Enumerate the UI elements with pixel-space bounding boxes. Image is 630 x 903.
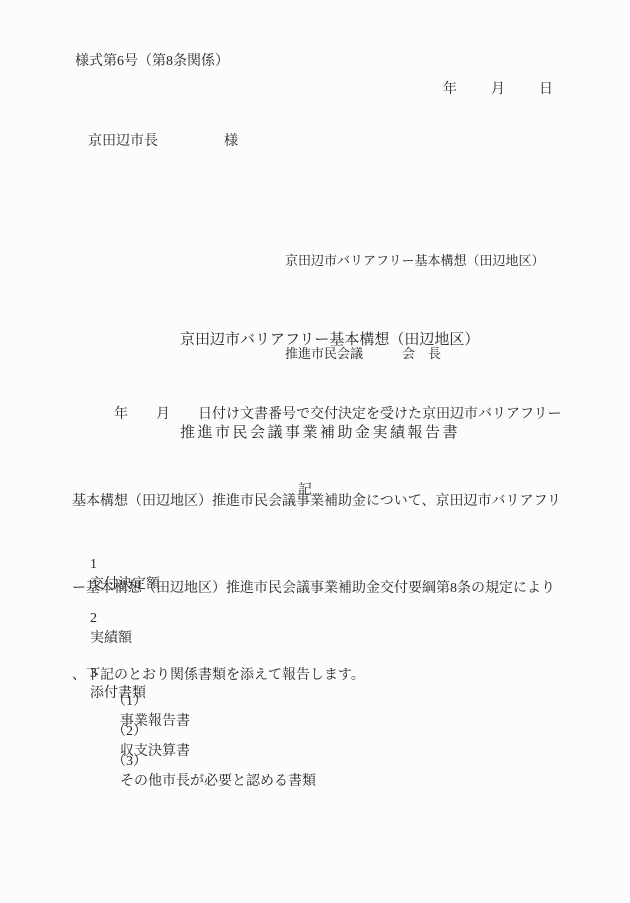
- list-item-number: 1: [90, 555, 117, 575]
- addressee-line: 京田辺市長 様: [88, 132, 238, 152]
- addressee-honorific: 様: [224, 132, 238, 152]
- addressee-name: 京田辺市長: [88, 132, 158, 152]
- date-line: 年 月 日: [443, 80, 555, 100]
- document-page: 様式第6号（第8条関係） 年 月 日 京田辺市長 様 京田辺市バリアフリー基本構…: [0, 0, 630, 903]
- sub-item-label: その他市長が必要と認める書類: [120, 774, 316, 789]
- list-item-number: 2: [90, 609, 117, 629]
- form-number: 様式第6号（第8条関係）: [75, 52, 229, 72]
- sub-item-prefix: （3）: [112, 754, 147, 769]
- sub-item-other-documents: （3） その他市長が必要と認める書類: [98, 732, 316, 812]
- body-line: 年 月 日付け文書番号で交付決定を受けた京田辺市バリアフリー: [72, 400, 572, 429]
- ki-marker: 記: [0, 481, 610, 501]
